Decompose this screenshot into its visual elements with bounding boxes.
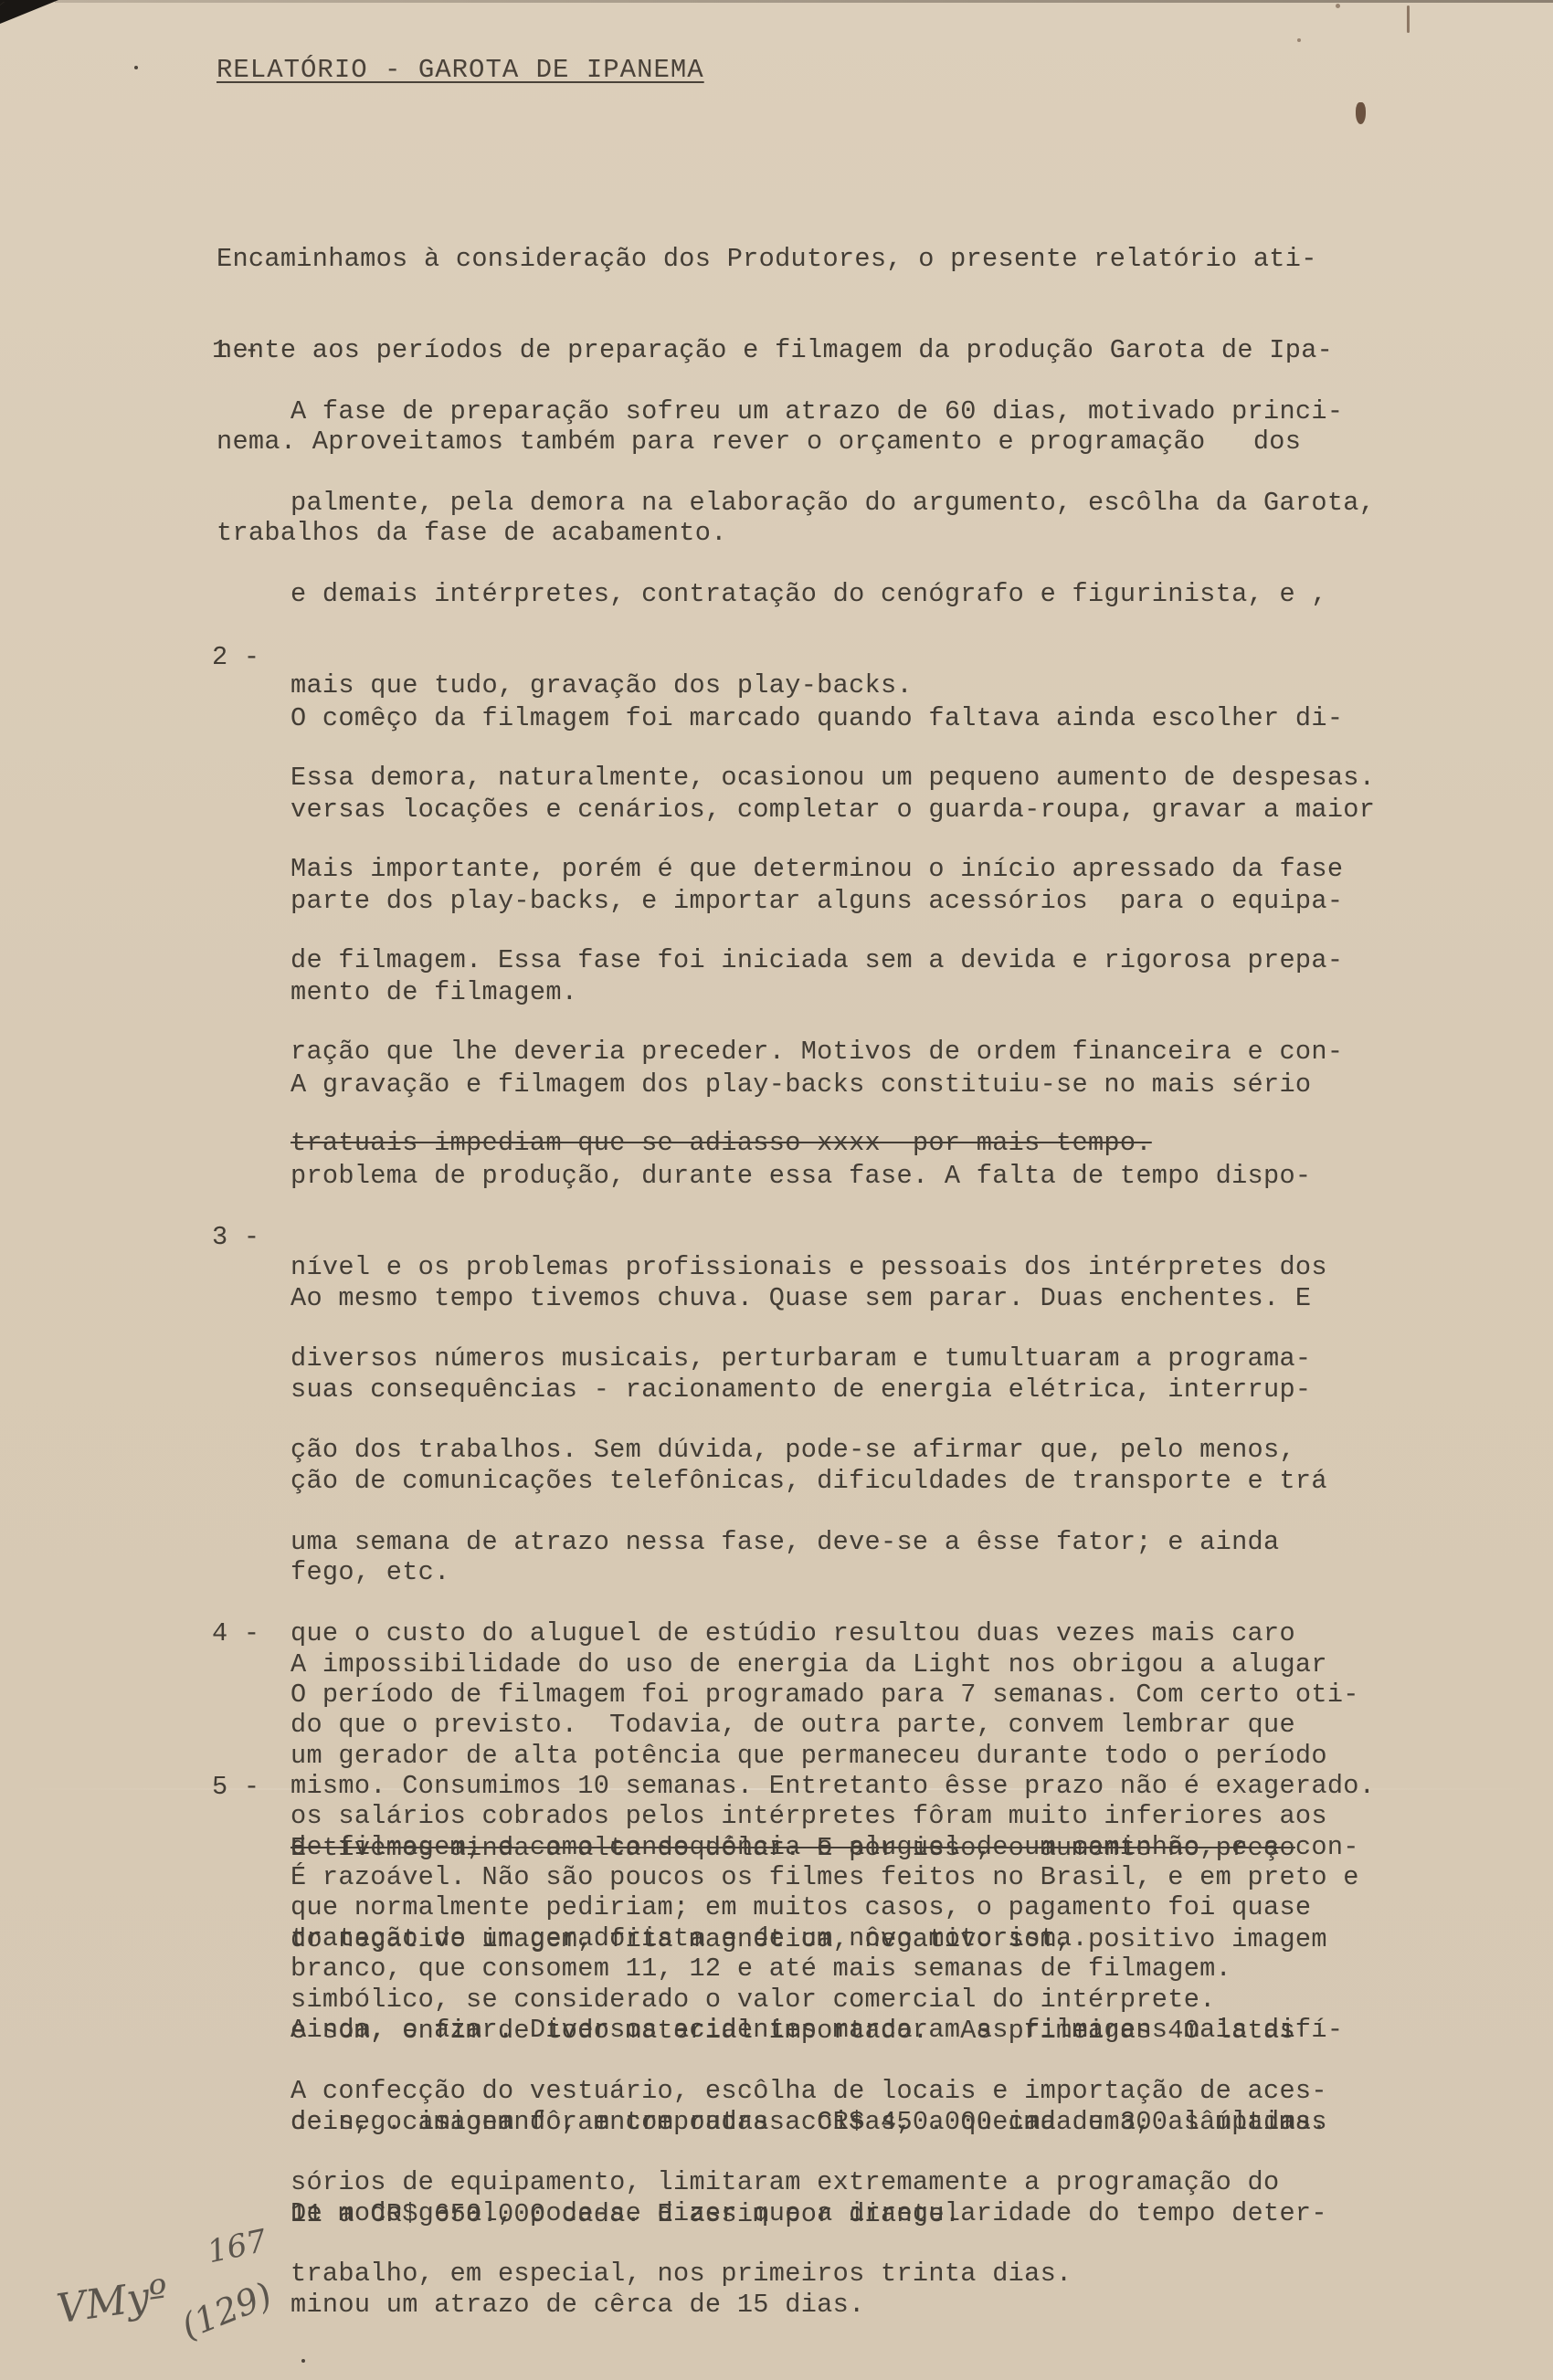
item-line: parte dos play-backs, e importar alguns … — [291, 886, 1375, 916]
item-line: problema de produção, durante essa fase.… — [291, 1161, 1375, 1191]
document-page: RELATÓRIO - GAROTA DE IPANEMA Encaminham… — [0, 0, 1553, 2380]
item-line: e demais intérpretes, contratação do cen… — [291, 579, 1375, 609]
report-item-1: 1 - A fase de preparação sofreu um atraz… — [212, 335, 276, 458]
item-line: A gravação e filmagem dos play-backs con… — [291, 1069, 1375, 1100]
handwritten-page-number: 167 — [205, 2223, 270, 2271]
document-title: RELATÓRIO - GAROTA DE IPANEMA — [217, 55, 704, 85]
intro-line: Encaminhamos à consideração dos Produtor… — [217, 244, 1333, 274]
handwritten-initials: VMyº — [54, 2271, 171, 2333]
handwritten-annotation: VMyº 167 (129) — [57, 2210, 294, 2347]
item-number: 4 - — [212, 1618, 259, 1648]
report-item-3: 3 - Ao mesmo tempo tivemos chuva. Quase … — [212, 1222, 276, 1344]
item-line: ção de comunicações telefônicas, dificul… — [291, 1466, 1359, 1496]
report-item-5: 5 - E tivemos ainda a alta do dólar. E p… — [212, 1772, 276, 1894]
item-line: do negativo imagem, fita magnética, nega… — [291, 1924, 1327, 1954]
item-line: e som, enfim de todo material importado.… — [291, 2016, 1327, 2046]
item-number: 2 - — [212, 642, 259, 672]
item-number: 5 - — [212, 1772, 259, 1802]
item-line: minou um atrazo de cêrca de 15 dias. — [291, 2290, 1359, 2320]
item-line: suas consequências - racionamento de ene… — [291, 1374, 1359, 1405]
paper-speck — [134, 66, 138, 69]
item-line: 11 a CR$ 650.000 cada. E assim por diant… — [291, 2199, 1327, 2229]
item-line-struck: E tivemos ainda a alta do dólar. E por i… — [291, 1833, 1327, 1863]
item-line: fego, etc. — [291, 1557, 1359, 1587]
item-text: E tivemos ainda a alta do dólar. E por i… — [291, 1772, 1327, 2290]
handwritten-alt-number: (129) — [175, 2274, 277, 2346]
item-line: O período de filmagem foi programado par… — [291, 1680, 1375, 1710]
item-line: mento de filmagem. — [291, 977, 1375, 1007]
ink-speck — [1336, 4, 1340, 8]
report-item-2: 2 - O comêço da filmagem foi marcado qua… — [212, 642, 276, 764]
ink-stain — [1356, 102, 1366, 124]
report-item-4: 4 - O período de filmagem foi programado… — [212, 1618, 276, 1741]
item-line: A fase de preparação sofreu um atrazo de… — [291, 396, 1375, 427]
item-line: O comêço da filmagem foi marcado quando … — [291, 703, 1375, 733]
page-top-edge — [55, 0, 1553, 3]
item-line: versas locações e cenários, completar o … — [291, 795, 1375, 825]
item-number: 1 - — [212, 335, 259, 365]
item-line: de neg. imagem fôram compradas a CR$ 450… — [291, 2107, 1327, 2137]
item-line: palmente, pela demora na elaboração do a… — [291, 488, 1375, 518]
item-line: Ao mesmo tempo tivemos chuva. Quase sem … — [291, 1283, 1359, 1313]
item-number: 3 - — [212, 1222, 259, 1252]
ink-speck — [1407, 5, 1410, 33]
ink-speck — [1297, 38, 1301, 42]
